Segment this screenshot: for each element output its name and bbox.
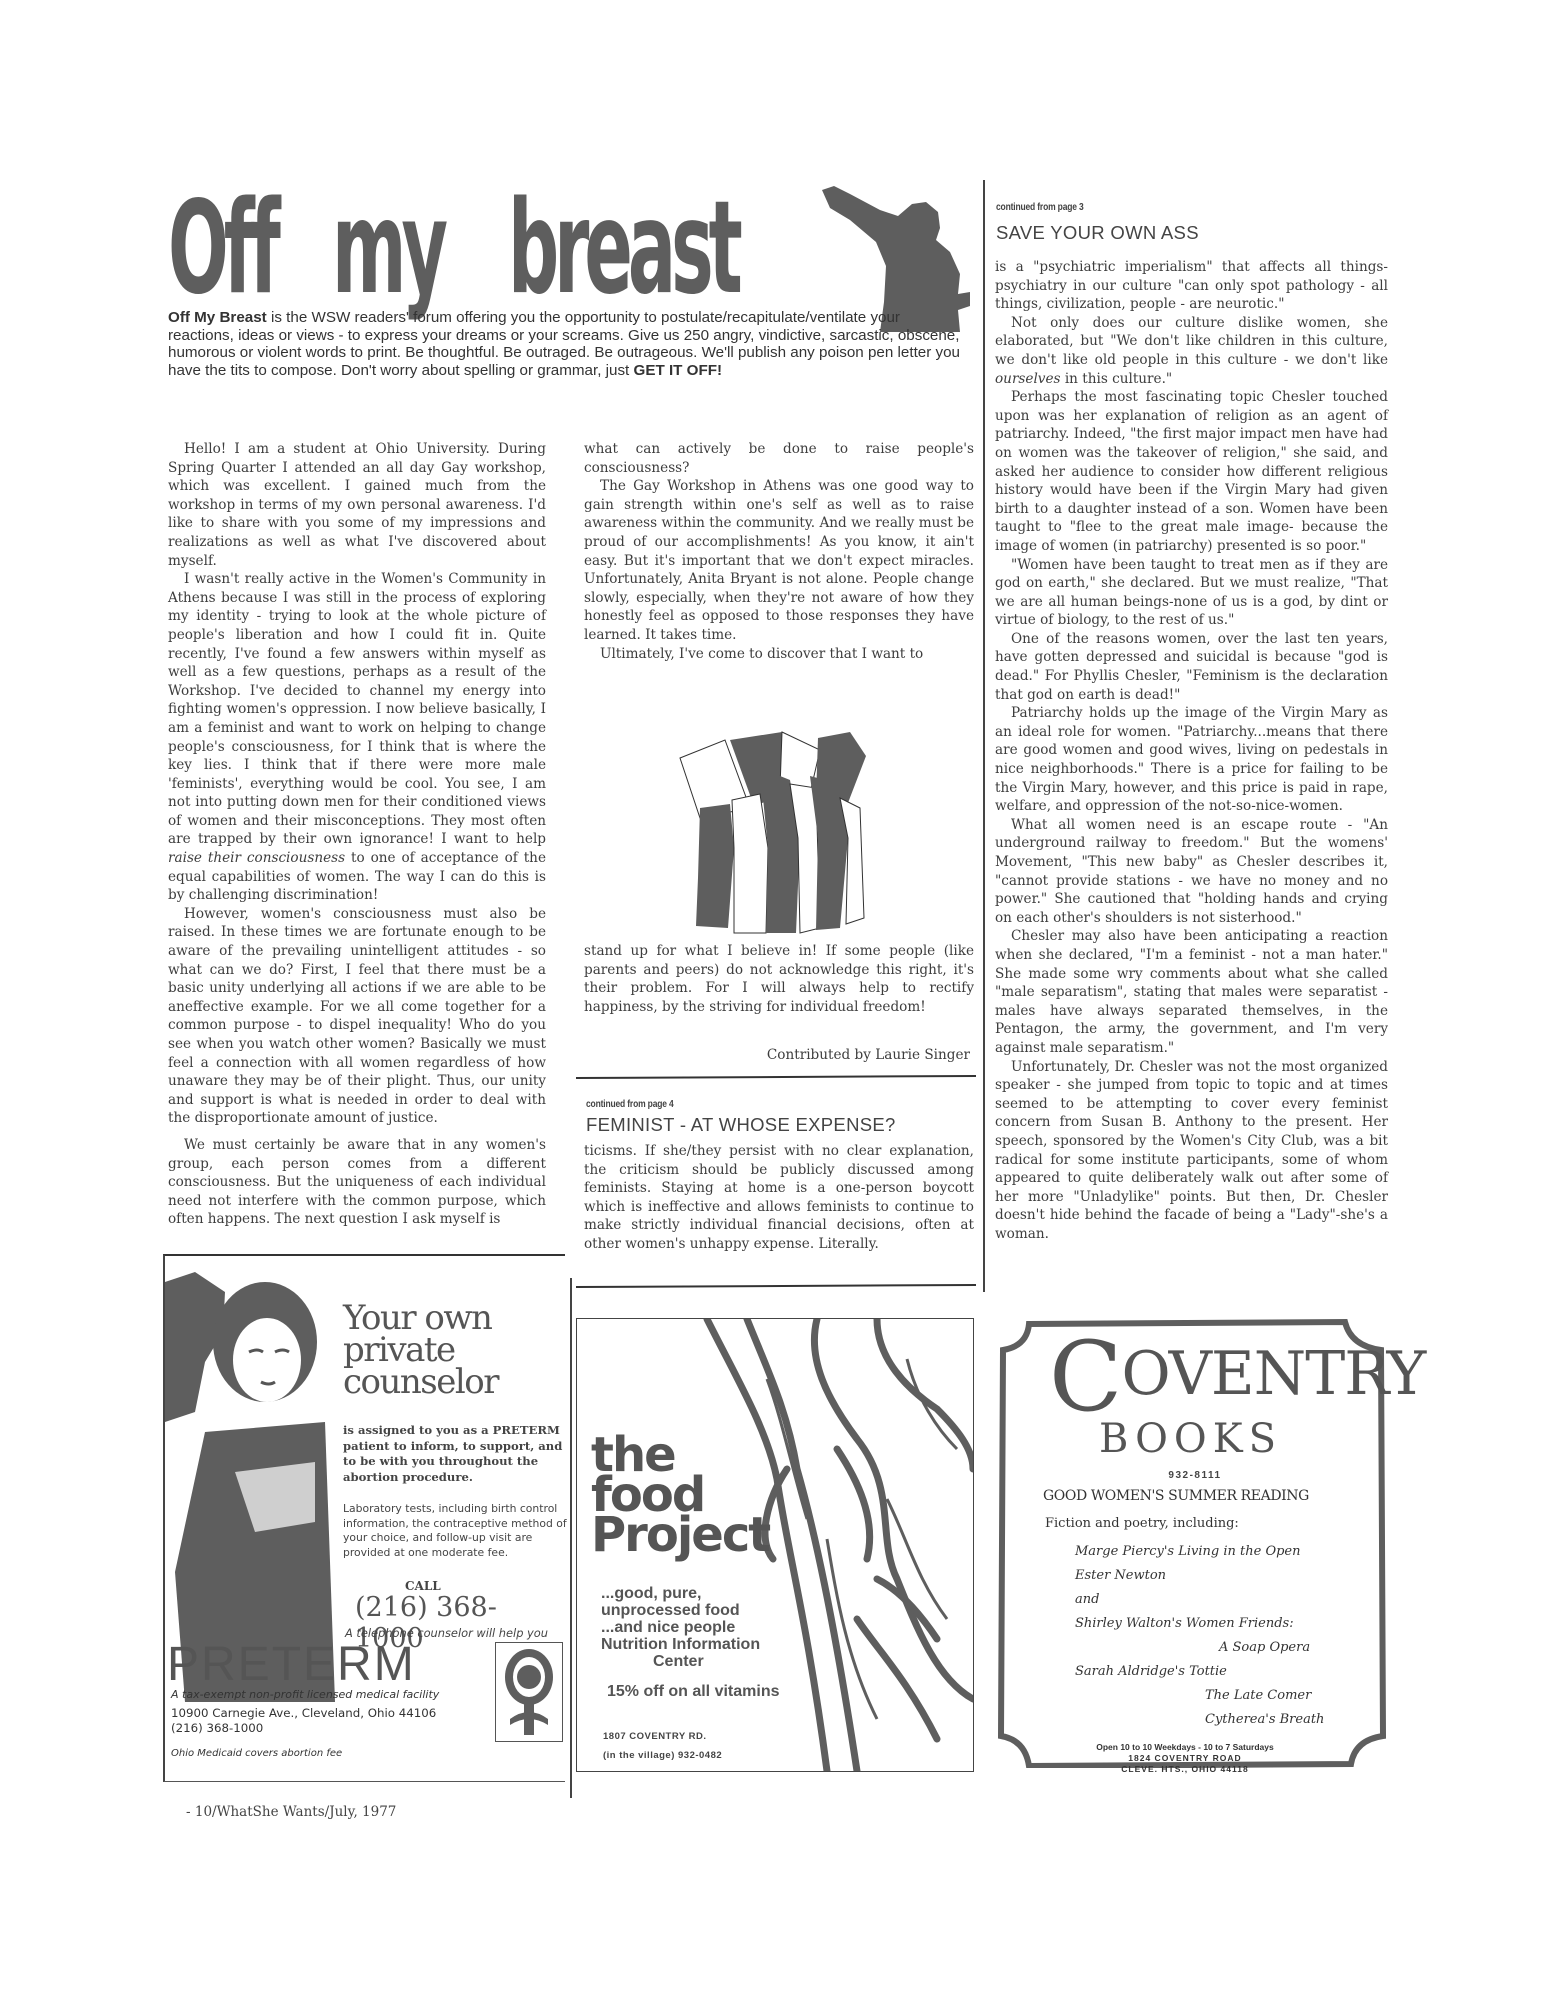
page-folio: - 10/WhatShe Wants/July, 1977 [186, 1804, 396, 1820]
byline: Contributed by Laurie Singer [700, 1047, 970, 1063]
ad-brand-sub: BOOKS [1099, 1416, 1282, 1462]
masthead-word-my: my [332, 190, 443, 308]
ad-bold-copy: is assigned to you as a PRETERM patient … [343, 1423, 568, 1485]
letter-paragraph: stand up for what I believe in! If some … [584, 942, 974, 1016]
female-symbol-icon [495, 1642, 563, 1742]
letter-paragraph: Hello! I am a student at Ohio University… [168, 440, 546, 570]
book-title: A Soap Opera [1219, 1640, 1310, 1655]
feminist-article-body: ticisms. If she/they persist with no cle… [584, 1142, 974, 1254]
ad-street: 1824 COVENTRY ROAD [995, 1753, 1375, 1763]
ad-coventry-books: COVENTRY BOOKS 932-8111 GOOD WOMEN'S SUM… [995, 1316, 1395, 1768]
continued-note: continued from page 3 [996, 202, 1084, 213]
letter-paragraph: what can actively be done to raise peopl… [584, 440, 974, 477]
column-rule [983, 180, 985, 1292]
ad-hours: Open 10 to 10 Weekdays - 10 to 7 Saturda… [995, 1742, 1375, 1752]
book-title: Shirley Walton's Women Friends: [1075, 1616, 1294, 1631]
ad-subhead: Fiction and poetry, including: [1045, 1516, 1239, 1531]
letter-paragraph: We must certainly be aware that in any w… [168, 1136, 546, 1229]
intro-lead: Off My Breast [168, 309, 267, 326]
intro-tail: GET IT OFF! [634, 362, 723, 379]
letter-paragraph: However, women's consciousness must also… [168, 905, 546, 1128]
ad-call-label: CALL [405, 1579, 441, 1593]
save-article-body: is a "psychiatric imperialism" that affe… [995, 258, 1388, 1243]
letter-column-2: what can actively be done to raise peopl… [584, 440, 974, 663]
ad-brand: PRETERM [167, 1640, 416, 1690]
intro-body: is the WSW readers' forum offering you t… [168, 309, 960, 379]
masthead-word-breast: breast [508, 190, 738, 308]
book-title: Sarah Aldridge's Tottie [1075, 1664, 1227, 1679]
continued-note: continued from page 4 [586, 1099, 674, 1110]
letter-paragraph: Ultimately, I've come to discover that I… [584, 645, 974, 664]
ad-phone: 932-8111 [995, 1470, 1395, 1481]
ad-city: CLEVE. HTS., OHIO 44118 [995, 1764, 1375, 1774]
book-title: and [1075, 1592, 1099, 1607]
ad-headline: Your own private counselor [343, 1302, 498, 1398]
book-title: Cytherea's Breath [1205, 1712, 1324, 1727]
ad-tagline: A tax-exempt non-profit licensed medical… [171, 1688, 439, 1701]
ad-address: 10900 Carnegie Ave., Cleveland, Ohio 441… [171, 1706, 436, 1736]
ad-brand: the food Project [591, 1435, 769, 1555]
protest-illustration [670, 728, 890, 940]
ad-headline: GOOD WOMEN'S SUMMER READING [1043, 1488, 1309, 1504]
forum-intro: Off My Breast is the WSW readers' forum … [168, 309, 968, 379]
ad-copy: ...good, pure, unprocessed food ...and n… [601, 1585, 760, 1670]
ad-food-project: the food Project ...good, pure, unproces… [576, 1318, 974, 1772]
ad-offer: 15% off on all vitamins [607, 1683, 779, 1701]
ad-address: 1807 COVENTRY RD. (in the village) 932-0… [603, 1727, 722, 1765]
divider [576, 1075, 976, 1079]
letter-paragraph: The Gay Workshop in Athens was one good … [584, 477, 974, 644]
letter-paragraph: I wasn't really active in the Women's Co… [168, 570, 546, 905]
letter-column-2-continued: stand up for what I believe in! If some … [584, 942, 974, 1016]
article-headline: SAVE YOUR OWN ASS [996, 222, 1376, 244]
ad-brand: COVENTRY [1049, 1344, 1425, 1407]
column-rule [570, 1278, 572, 1798]
book-title: Ester Newton [1075, 1568, 1166, 1583]
book-title: The Late Comer [1205, 1688, 1311, 1703]
book-title: Marge Piercy's Living in the Open [1075, 1544, 1301, 1559]
masthead-word-off: Off [168, 190, 276, 308]
letter-column-1: Hello! I am a student at Ohio University… [168, 440, 546, 1229]
divider [576, 1284, 976, 1288]
article-headline: FEMINIST - AT WHOSE EXPENSE? [586, 1114, 976, 1136]
masthead-title: Off my breast [168, 190, 738, 308]
ad-medicaid-note: Ohio Medicaid covers abortion fee [171, 1748, 342, 1759]
ad-preterm: Your own private counselor is assigned t… [163, 1254, 565, 1782]
ad-copy: Laboratory tests, including birth contro… [343, 1502, 568, 1560]
